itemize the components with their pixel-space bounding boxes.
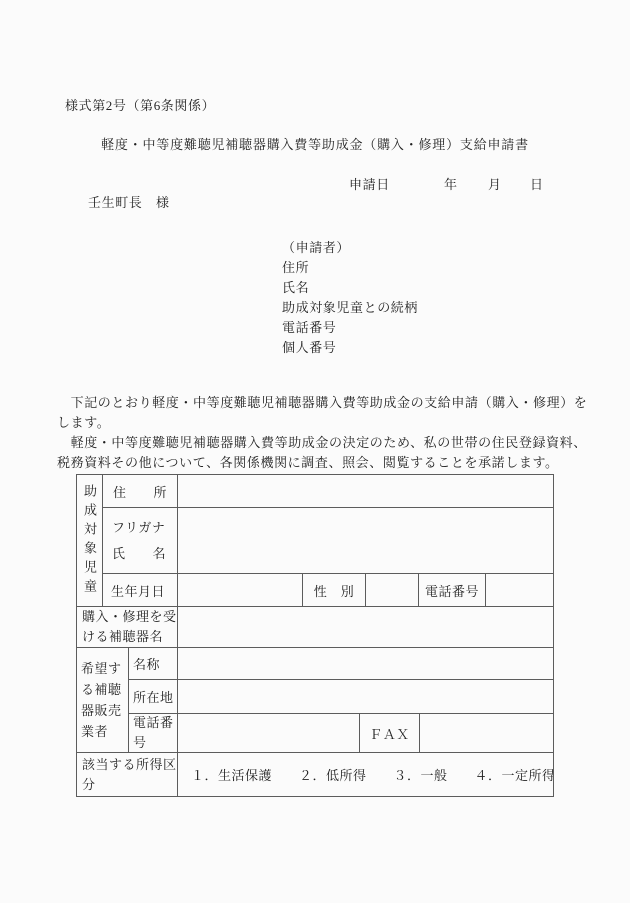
- child-sex-label: 性 別: [303, 574, 366, 607]
- vendor-fax-field: [420, 714, 553, 753]
- child-birthdate-field: [178, 574, 303, 607]
- child-address-label: 住 所: [103, 475, 178, 508]
- application-form-table: 助成対象児童 住 所 フリガナ 氏 名 生年月日 性 別 電話番号 購入・修理を…: [76, 474, 554, 797]
- vendor-tel-label: 電話番 号: [129, 714, 178, 753]
- child-birthdate-label: 生年月日: [103, 574, 178, 607]
- vendor-name-label: 名称: [129, 648, 178, 680]
- furigana-label: フリガナ: [112, 515, 165, 541]
- vendor-section-header: 希望す る補聴 器販売 業者: [77, 648, 129, 753]
- date-day-label: 日: [530, 176, 544, 194]
- vendor-fax-label: ＦＡＸ: [360, 714, 420, 753]
- name-label: 氏 名: [112, 541, 166, 567]
- applicant-heading: （申請者）: [282, 238, 418, 258]
- hearing-aid-name-field: [178, 607, 553, 648]
- addressee: 壬生町長 様: [88, 194, 170, 212]
- child-phone-label: 電話番号: [419, 574, 486, 607]
- application-date-label: 申請日: [349, 176, 390, 194]
- document-page: 様式第2号（第6条関係） 軽度・中等度難聴児補聴器購入費等助成金（購入・修理）支…: [0, 0, 630, 903]
- applicant-field-address: 住所: [282, 258, 418, 278]
- form-number: 様式第2号（第6条関係）: [65, 97, 215, 115]
- child-phone-field: [486, 574, 553, 607]
- child-section-vertical-header: 助成対象児童: [77, 475, 103, 607]
- income-category-label: 該当する所得区 分: [77, 753, 178, 796]
- applicant-field-relationship: 助成対象児童との続柄: [282, 298, 418, 318]
- child-name-field: [178, 508, 553, 574]
- date-month-label: 月: [488, 176, 502, 194]
- date-year-label: 年: [444, 176, 458, 194]
- applicant-field-phone: 電話番号: [282, 318, 418, 338]
- document-title: 軽度・中等度難聴児補聴器購入費等助成金（購入・修理）支給申請書: [0, 134, 630, 153]
- vendor-name-field: [178, 648, 553, 680]
- body-line: 税務資料その他について、各関係機関に調査、照会、閲覧することを承諾します。: [57, 453, 587, 473]
- applicant-field-name: 氏名: [282, 278, 418, 298]
- child-sex-field: [366, 574, 419, 607]
- income-category-options: １．生活保護 ２．低所得 ３．一般 ４．一定所得以上: [178, 753, 553, 796]
- vendor-location-label: 所在地: [129, 680, 178, 714]
- applicant-field-personal-number: 個人番号: [282, 338, 418, 358]
- applicant-block: （申請者） 住所 氏名 助成対象児童との続柄 電話番号 個人番号: [282, 238, 418, 358]
- vendor-tel-field: [178, 714, 360, 753]
- vendor-location-field: [178, 680, 553, 714]
- body-line: 軽度・中等度難聴児補聴器購入費等助成金の決定のため、私の世帯の住民登録資料、: [57, 433, 587, 453]
- hearing-aid-name-label: 購入・修理を受 ける補聴器名: [77, 607, 178, 648]
- child-address-field: [178, 475, 553, 508]
- body-line: 下記のとおり軽度・中等度難聴児補聴器購入費等助成金の支給申請（購入・修理）を: [57, 393, 587, 413]
- child-furigana-name-label: フリガナ 氏 名: [103, 508, 178, 574]
- body-line: します。: [57, 413, 587, 433]
- body-paragraphs: 下記のとおり軽度・中等度難聴児補聴器購入費等助成金の支給申請（購入・修理）を し…: [57, 393, 587, 473]
